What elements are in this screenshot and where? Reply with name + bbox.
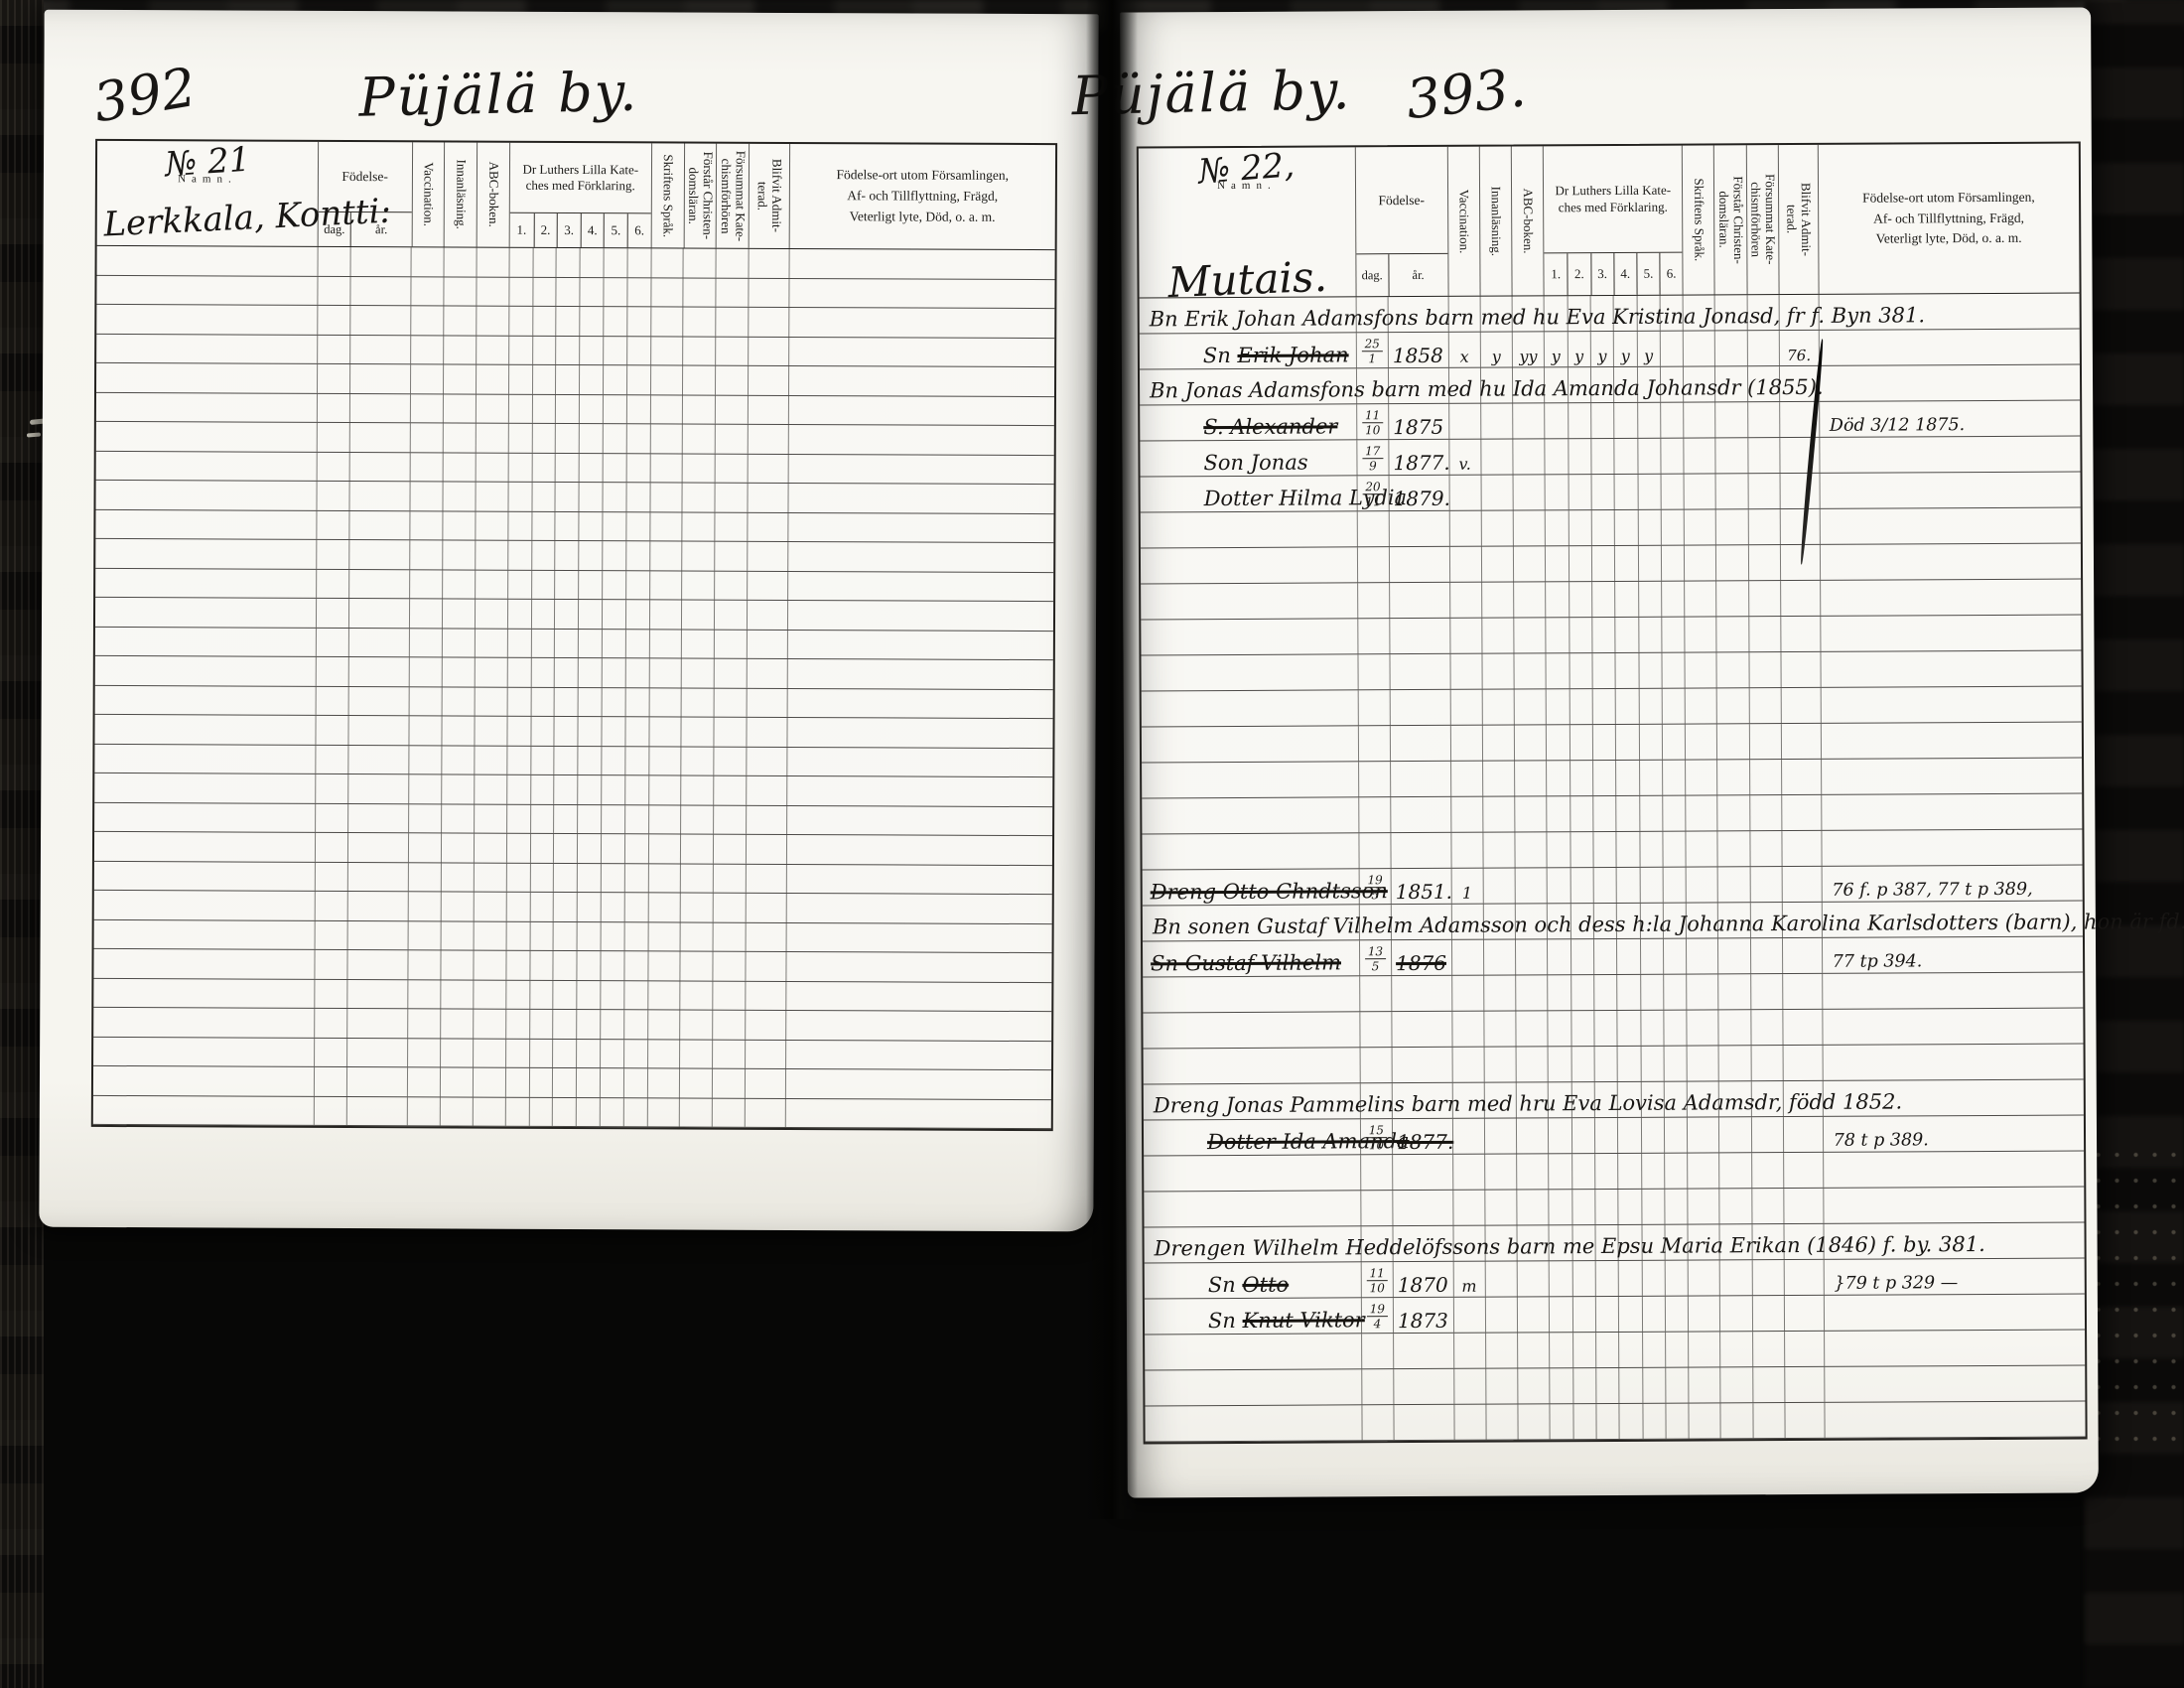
cell-vacc [1453,1405,1485,1440]
cell-skrift [1689,1367,1720,1402]
cell-innan [1481,654,1513,689]
cell-vacc [1453,1334,1485,1368]
birth-year: 1858 [1389,346,1443,365]
cell-ar [346,921,408,950]
cell-abc [474,746,506,774]
cell-vacc [1450,797,1482,832]
cell-vacc [411,336,444,364]
cell-notes [786,776,1053,806]
cell-ar [346,1097,408,1126]
cell-dag [317,335,349,363]
cell-blifvit [1782,1010,1822,1045]
empty-ruled-row [97,246,1055,280]
cell-ar [1392,1155,1452,1190]
cell-notes [787,395,1054,425]
cell-k2: y [1567,332,1590,366]
cell-k5 [1642,1333,1666,1367]
cell-vacc [408,1009,441,1038]
cell-forstar [1719,1189,1751,1223]
missed-examination-column-header: Försummat Kate- chismförhören [1745,145,1778,294]
catechism-col-6: 6. [1659,253,1682,295]
cell-abc [475,511,507,540]
cell-forsummat [713,805,746,834]
cell-blifvit [746,894,786,922]
cell-vacc [1449,654,1481,689]
cell-vacc [411,277,444,306]
cell-k3 [1592,725,1616,760]
cell-vacc [1451,940,1483,975]
cell-forstar [1715,402,1747,437]
catechism-col-5: 5. [1636,253,1659,295]
cell-k6 [1661,653,1685,688]
cell-k5 [1640,1011,1664,1046]
cell-k3 [555,453,579,482]
cell-name [95,481,316,509]
cell-innan [1484,1261,1516,1296]
cell-dag: 251 [1356,333,1388,367]
cell-k2 [1570,939,1593,974]
cell-blifvit [747,512,787,541]
cell-forsummat [1752,1367,1784,1402]
cell-k4 [577,981,601,1010]
cell-k3 [554,804,578,833]
cell-k4 [580,307,604,336]
cell-abc [475,717,507,746]
left-page-table: № 21 Namn. Lerkkala, Kontti: Födelse- da… [91,139,1057,1131]
cell-innan [440,1039,473,1067]
cell-k2 [1569,582,1592,617]
cell-vacc [1451,1012,1483,1047]
cell-skrift [1683,331,1714,365]
record-mark: y [1552,349,1561,364]
cell-innan [1480,440,1512,475]
cell-blifvit [746,805,786,834]
cell-k4 [578,600,602,629]
cell-forstar [680,893,713,921]
cell-abc [1517,1297,1549,1332]
birth-column-header: Födelse- dag. år. [1355,147,1448,296]
cell-name [1142,797,1358,833]
cell-k5 [1638,653,1662,688]
cell-forstar [1716,617,1748,651]
record-row: Dreng Otto Chndtsson1951851.176 f. p 387… [1143,866,2083,907]
cell-notes [1822,1045,2084,1080]
admitted-column-header: Blifvit Admit- terad. [1778,145,1819,294]
cell-k6 [625,483,649,511]
cell-k6 [625,541,649,570]
cell-ar [1390,726,1450,761]
catechism-col-6: 6. [627,213,651,247]
cell-k2 [531,600,555,629]
cell-k3 [1592,761,1616,795]
cell-abc [1513,618,1545,652]
cell-name [1143,1012,1359,1048]
cell-name [1142,833,1358,869]
record-mark: y [1644,349,1653,364]
cell-k2 [1570,761,1593,795]
cell-dag [1361,1334,1393,1368]
cell-vacc [409,746,442,774]
cell-notes [785,952,1052,982]
cell-dag [314,1067,346,1096]
cell-abc [1517,1261,1549,1296]
notes-column-header: Födelse-ort utom Församlingen, Af- och T… [788,144,1055,249]
cell-blifvit [746,747,786,775]
right-page-table: № 22, Namn. Mutais. Födelse- dag. år. Va… [1137,142,2088,1445]
cell-ar [1389,654,1449,689]
cell-ar [347,746,409,774]
cell-name [95,685,316,714]
record-mark: y [1492,350,1501,365]
cell-k5 [601,893,624,921]
cell-k3 [554,746,578,774]
cell-k3 [1594,1118,1618,1153]
cell-vacc [409,687,442,716]
margin-note: 77 tp 394. [1833,953,1923,971]
cell-k2 [529,1068,553,1097]
cell-forstar [681,775,714,804]
cell-vacc: m [1452,1262,1484,1297]
cell-forsummat [715,395,748,424]
cell-forsummat [1751,1153,1783,1188]
cell-innan [440,1097,473,1126]
cell-forsummat [1750,974,1782,1009]
cell-name [93,1066,314,1095]
cell-vacc [408,980,441,1009]
cell-innan [1483,1047,1515,1081]
cell-innan [1485,1404,1517,1439]
cell-notes [1818,330,2080,365]
cell-k2 [532,365,556,394]
cell-notes [1822,973,2084,1009]
cell-skrift [648,630,681,658]
cell-k1 [1547,868,1570,903]
cell-name [1141,619,1357,654]
cell-vacc [408,863,441,892]
cell-blifvit [745,1069,785,1098]
cell-k1 [1548,1190,1571,1224]
cell-vacc [1452,1298,1484,1333]
cell-ar [1389,511,1449,546]
cell-forsummat [1746,331,1778,365]
book-binding [1086,0,1138,1519]
cell-k5 [1637,439,1661,474]
cell-k2 [530,775,554,804]
cell-forsummat [1747,402,1779,437]
cell-k3 [1591,582,1615,617]
cell-k4 [579,365,603,394]
empty-ruled-row [1143,1009,2083,1050]
household-number: № 22, [1197,148,1296,189]
cell-k4 [576,1040,600,1068]
cell-notes: 76 f. p 387, 77 t p 389, [1821,866,2083,902]
cell-ar [348,570,410,599]
cell-blifvit [747,659,787,688]
cell-abc [1516,1118,1548,1153]
cell-forstar [682,365,715,394]
catechism-col-5: 5. [604,213,627,247]
cell-k1 [508,307,532,336]
cell-name: Dreng Otto Chndtsson [1143,869,1359,905]
cell-notes [1820,687,2082,723]
cell-abc [475,541,507,570]
empty-ruled-row [1142,794,2082,835]
cell-k3 [1591,653,1615,688]
cell-k1 [1548,1118,1571,1153]
cell-name [95,656,316,685]
cell-dag [314,979,346,1008]
cell-forsummat [1747,509,1779,544]
cell-k5 [600,1010,623,1039]
cell-name: Dotter Hilma Lydia [1141,476,1357,511]
cell-k4 [1614,546,1638,581]
cell-notes [788,249,1055,279]
cell-dag [314,1038,346,1066]
cell-k6 [626,395,650,424]
cell-notes [787,601,1054,631]
cell-k2 [529,893,553,921]
cell-k1 [506,893,530,921]
catechism-col-1: 1. [510,213,534,247]
cell-vacc [410,482,443,510]
cell-k1 [506,863,530,892]
cell-notes [1819,473,2081,508]
cell-forsummat [712,1098,745,1127]
empty-ruled-row [94,919,1052,953]
cell-k4 [1616,868,1640,903]
cell-forsummat [1752,1332,1784,1366]
empty-ruled-row [94,891,1052,924]
catechism-label: Dr Luthers Lilla Kate- ches med Förklari… [510,143,651,213]
cell-k1 [1546,725,1570,760]
cell-dag [315,745,347,774]
cell-k2 [1569,725,1592,760]
cell-vacc [409,774,442,803]
cell-forstar [683,248,716,277]
cell-notes [1820,723,2082,759]
cell-ar: 1873 [1393,1298,1453,1333]
cell-innan [1482,833,1514,868]
cell-abc [476,277,508,306]
cell-k2 [1570,796,1593,831]
cell-skrift [1684,545,1715,580]
empty-ruled-row [95,598,1053,632]
cell-forsummat [1752,1403,1784,1438]
birth-year: 1877. [1393,1132,1453,1152]
cell-forstar [1715,545,1747,580]
cell-blifvit [745,1011,785,1040]
cell-k4 [1618,1261,1642,1296]
cell-forsummat [714,747,747,775]
person-name: S. Alexander [1203,416,1337,438]
reading-column-header: Innanläsning. [444,142,477,246]
cell-k3 [555,570,579,599]
catechism-col-4: 4. [1613,253,1636,295]
scan-noise [2089,1142,2178,1460]
cell-ar [1389,583,1449,618]
cell-blifvit [745,952,785,981]
cell-blifvit [1781,831,1821,866]
cell-ar [1390,690,1450,725]
cell-forstar [1718,1046,1750,1080]
cell-k3 [1594,1190,1618,1224]
cell-ar [346,1009,408,1038]
cell-skrift [647,1068,680,1097]
cell-ar [347,716,409,745]
cell-k4 [1615,761,1639,795]
cell-dag [315,833,347,862]
cell-k5 [601,747,624,775]
cell-k4 [576,1068,600,1097]
cell-k4 [577,805,601,834]
cell-k2 [1569,618,1592,652]
cell-k3 [1594,1154,1618,1189]
cell-blifvit [748,454,788,483]
cell-forstar [1717,867,1749,902]
cell-k3 [554,687,578,716]
cell-forstar [1715,474,1747,508]
empty-ruled-row [96,363,1054,397]
cell-k1 [1549,1261,1572,1296]
cell-notes [1819,508,2081,544]
cell-k6 [1663,868,1687,903]
cell-notes [1820,651,2082,687]
cell-ar: 1851. [1391,869,1451,904]
cell-vacc [407,1097,440,1126]
birth-day-fraction: 135 [1365,945,1386,972]
cell-skrift [648,747,681,775]
cell-k5 [602,512,625,541]
record-mark: 1 [1462,886,1472,902]
cell-innan [444,247,477,276]
cell-abc [473,1068,505,1097]
cell-skrift [1686,974,1717,1009]
cell-innan [1481,690,1513,725]
name-column-header: № 21 Namn. Lerkkala, Kontti: [97,141,318,246]
cell-skrift [1687,1046,1718,1080]
cell-innan [441,774,474,803]
cell-k5 [600,1068,623,1097]
margin-note: 78 t p 389. [1834,1132,1929,1150]
birth-year: 1870 [1394,1275,1448,1295]
cell-notes [787,512,1054,542]
cell-k2 [532,307,556,336]
cell-innan [1481,547,1513,582]
cell-notes [785,835,1052,865]
cell-k5 [1641,1297,1665,1332]
cell-blifvit [1782,938,1822,973]
cell-name [1142,726,1358,762]
cell-notes [785,1011,1052,1041]
cell-skrift [1686,831,1717,866]
record-row: Bn sonen Gustaf Vilhelm Adamsson och des… [1143,902,2083,942]
cell-vacc [410,540,443,569]
cell-k1 [508,336,532,364]
person-name: Son Jonas [1203,453,1307,475]
cell-k5 [1638,582,1662,617]
cell-skrift [1688,1189,1719,1223]
cell-forsummat [1750,1010,1782,1045]
cell-dag [314,950,346,979]
cell-abc [1512,403,1544,438]
cell-name [1141,511,1357,547]
cell-k3 [556,307,580,336]
empty-ruled-row [1145,1401,2085,1442]
cell-forstar [1716,724,1748,759]
catechism-col-2: 2. [1568,253,1590,295]
cell-k5 [1642,1368,1666,1403]
cell-skrift [650,365,683,394]
cell-k1 [505,980,529,1009]
cell-skrift [1685,760,1716,794]
cell-name [94,802,315,831]
cell-vacc [409,804,442,833]
cell-vacc [1448,547,1480,582]
notes-column-header: Födelse-ort utom Församlingen, Af- och T… [1817,144,2079,294]
cell-forstar [681,805,714,834]
cell-k4 [577,893,601,921]
cell-k4 [578,658,602,687]
cell-ar [349,247,411,276]
cell-k4 [1618,1297,1642,1332]
cell-notes [784,1098,1051,1128]
cell-k4 [1615,796,1639,831]
cell-innan [441,950,474,979]
cell-k6 [623,1040,647,1068]
cell-abc [1512,475,1544,509]
cell-k5 [1640,939,1664,974]
cell-k6 [1660,439,1684,474]
cell-name [96,305,317,334]
cell-name [94,832,315,861]
birth-day-fraction: 251 [1362,338,1383,364]
cell-k4 [578,747,602,775]
cell-k6 [1665,1333,1689,1367]
cell-abc [473,980,505,1009]
cell-innan [442,716,475,745]
cell-skrift [646,1098,679,1127]
cell-name [93,978,314,1007]
cell-vacc [408,833,441,862]
cell-forsummat [1748,581,1780,616]
cell-name [95,509,316,538]
cell-name [95,539,316,568]
cell-k5 [601,805,624,834]
cell-k5 [1642,1404,1666,1439]
cell-forsummat [714,659,747,688]
cell-k3 [556,336,580,364]
cell-k2 [1572,1404,1596,1439]
cell-k4: y [1613,332,1637,366]
cell-k3 [1590,439,1614,474]
cell-vacc: x [1447,333,1479,367]
cell-k3 [552,1097,576,1126]
cell-blifvit [748,395,788,424]
cell-blifvit [1784,1367,1824,1402]
cell-skrift [649,512,682,541]
cell-notes [1822,1009,2084,1045]
cell-abc [1516,1190,1548,1224]
cell-k6 [626,424,650,453]
name-column-header: № 22, Namn. Mutais. [1139,147,1356,297]
cell-k3 [555,394,579,423]
cell-k4 [578,717,602,746]
cell-k2 [1570,1047,1594,1081]
cell-name [1141,547,1357,583]
table-body [93,246,1055,1129]
cell-k5 [603,454,626,483]
cell-innan [1482,797,1514,832]
